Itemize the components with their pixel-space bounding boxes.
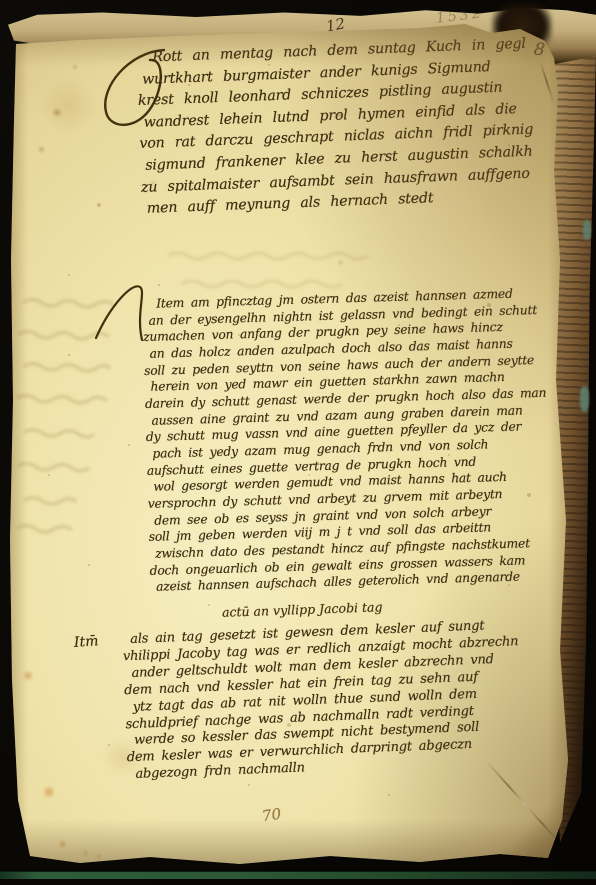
paper-stain	[96, 854, 102, 859]
table-edge-stripe	[0, 871, 596, 879]
manuscript-entry-2: Item am pfincztag jm ostern das azeist h…	[142, 284, 578, 596]
verso-showthrough	[10, 290, 128, 540]
paper-stain	[338, 260, 343, 265]
bottom-foliation-mark: 70	[261, 805, 283, 826]
paper-stain	[14, 824, 24, 834]
margin-note-item: Itm̄	[73, 633, 98, 651]
paper-stain	[72, 64, 78, 70]
paper-stain	[42, 786, 56, 798]
paper-stain	[58, 840, 67, 848]
paper-stain	[52, 108, 62, 117]
paper-stain	[22, 670, 34, 681]
stack-teal-patch	[580, 386, 589, 412]
manuscript-page: 8 Rott an mentag nach dem suntag Kuch in…	[8, 24, 574, 870]
stack-teal-patch	[583, 220, 591, 240]
manuscript-entry-3: als ain tag gesetzt ist gewesn dem kesle…	[130, 616, 564, 784]
section-heading: actū an vyllipp Jacobi tag	[222, 599, 383, 620]
paper-stain	[82, 850, 89, 856]
manuscript-entry-1: Rott an mentag nach dem suntag Kuch in g…	[136, 32, 578, 221]
paper-stain	[38, 80, 98, 132]
paper-stain	[38, 146, 45, 153]
back-page-faded-mark: 1532	[435, 5, 484, 27]
photo-backdrop: 12 1532	[0, 0, 596, 885]
